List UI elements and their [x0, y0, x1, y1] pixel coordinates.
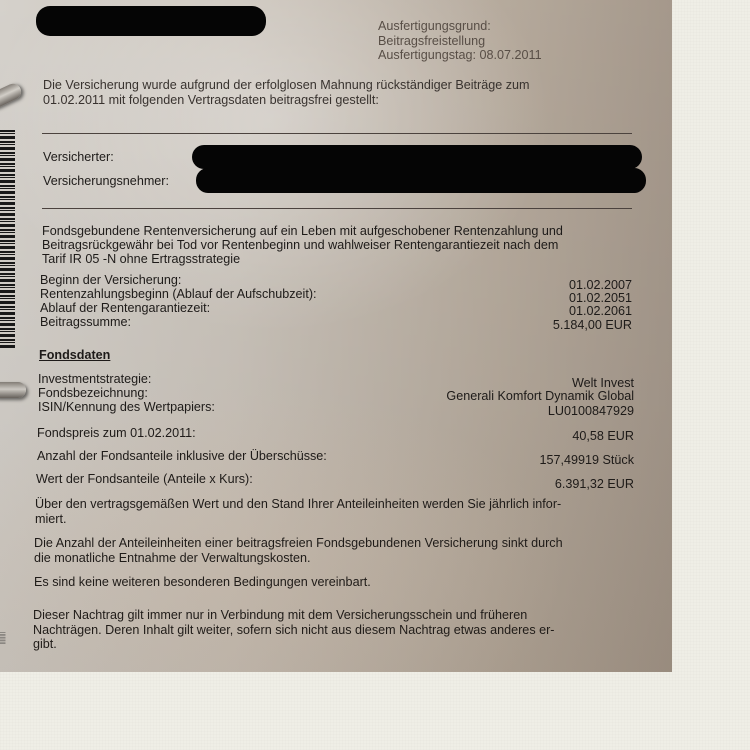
note-1-line-2: miert. — [35, 512, 66, 526]
binder-ring-top — [0, 81, 24, 111]
note-4-line-2: Nachträgen. Deren Inhalt gilt weiter, so… — [33, 623, 555, 637]
divider-bottom — [42, 208, 632, 209]
contract-value: 01.02.2061 — [569, 304, 632, 318]
intro-line-1: Die Versicherung wurde aufgrund der erfo… — [43, 78, 530, 92]
note-4-line-1: Dieser Nachtrag gilt immer nur in Verbin… — [33, 608, 527, 622]
product-line-3: Tarif IR 05 -N ohne Ertragsstrategie — [42, 252, 240, 266]
fund-label: Fondsbezeichnung: — [38, 386, 148, 400]
contract-label: Ablauf der Rentengarantiezeit: — [40, 301, 210, 315]
contract-label: Rentenzahlungsbeginn (Ablauf der Aufschu… — [40, 287, 317, 301]
document-photo: Ausfertigungsgrund: Beitragsfreistellung… — [0, 0, 672, 672]
binder-ring-bottom — [0, 382, 26, 398]
divider-top — [42, 133, 632, 134]
fund-value: LU0100847929 — [548, 404, 634, 418]
barcode — [0, 130, 15, 350]
fund-value: Welt Invest — [572, 376, 634, 390]
fund-heading: Fondsdaten — [39, 348, 110, 362]
product-line-2: Beitragsrückgewähr bei Tod vor Rentenbeg… — [42, 238, 558, 252]
fund-value: 40,58 EUR — [572, 429, 634, 443]
insured-label: Versicherter: — [43, 150, 114, 164]
redacted-address — [36, 6, 266, 36]
product-line-1: Fondsgebundene Rentenversicherung auf ei… — [42, 224, 563, 238]
fund-value: 157,49919 Stück — [539, 453, 634, 467]
note-4-line-3: gibt. — [33, 637, 57, 651]
note-1-line-1: Über den vertragsgemäßen Wert und den St… — [35, 497, 561, 511]
contract-label: Beginn der Versicherung: — [40, 273, 181, 287]
fund-value: Generali Komfort Dynamik Global — [446, 389, 634, 403]
issue-date: Ausfertigungstag: 08.07.2011 — [378, 48, 542, 62]
note-2-line-2: die monatliche Entnahme der Verwaltungsk… — [34, 551, 311, 565]
fund-label: Wert der Fondsanteile (Anteile x Kurs): — [36, 472, 253, 486]
note-2-line-1: Die Anzahl der Anteileinheiten einer bei… — [34, 536, 563, 550]
fund-label: Fondspreis zum 01.02.2011: — [37, 426, 196, 440]
policyholder-label: Versicherungsnehmer: — [43, 174, 169, 188]
fund-value: 6.391,32 EUR — [555, 477, 634, 491]
note-3: Es sind keine weiteren besonderen Beding… — [34, 575, 371, 589]
reason-label: Ausfertigungsgrund: — [378, 19, 491, 33]
redacted-policyholder — [196, 168, 646, 193]
reason-value: Beitragsfreistellung — [378, 34, 485, 48]
contract-label: Beitragssumme: — [40, 315, 131, 329]
contract-value: 01.02.2051 — [569, 291, 632, 305]
contract-value: 5.184,00 EUR — [553, 318, 632, 332]
fund-label: Investmentstrategie: — [38, 372, 151, 386]
side-margin-marks: |||||||| — [0, 632, 6, 644]
fund-label: ISIN/Kennung des Wertpapiers: — [38, 400, 215, 414]
redacted-insured — [192, 145, 642, 169]
contract-value: 01.02.2007 — [569, 278, 632, 292]
intro-line-2: 01.02.2011 mit folgenden Vertragsdaten b… — [43, 93, 379, 107]
fund-label: Anzahl der Fondsanteile inklusive der Üb… — [37, 449, 327, 463]
